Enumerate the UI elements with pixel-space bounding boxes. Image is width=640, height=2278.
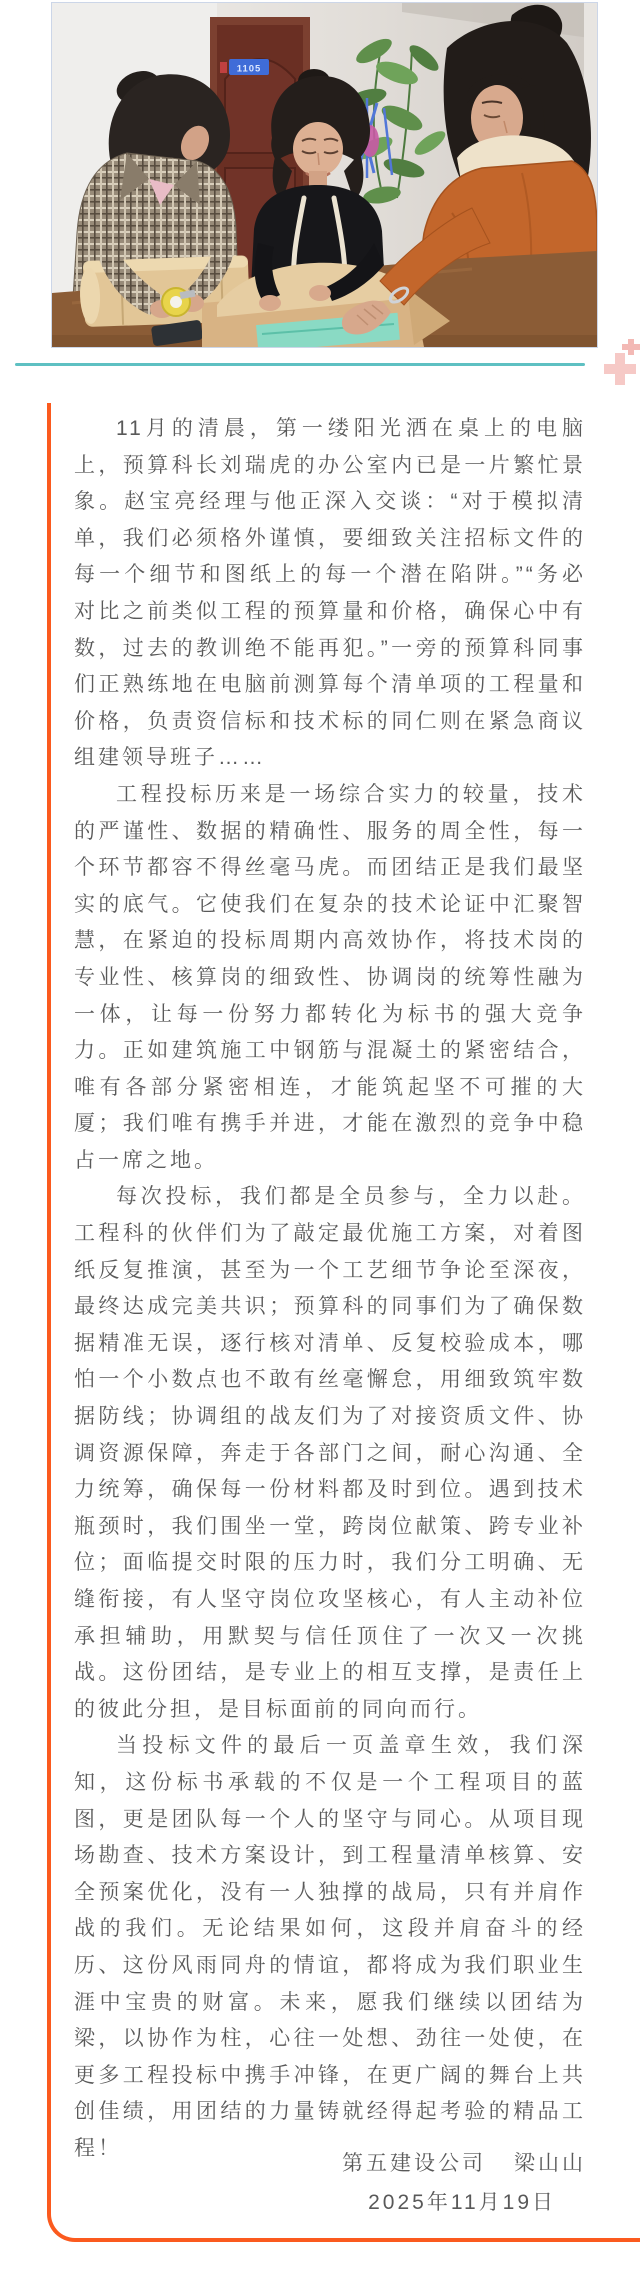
plus-icon-small [622,339,640,355]
office-photo-illustration: 1105 [52,3,597,347]
article-body: 11月的清晨，第一缕阳光洒在桌上的电脑上，预算科长刘瑞虎的办公室内已是一片繁忙景… [74,411,586,2168]
plus-icon-large [604,353,636,385]
office-photo: 1105 [51,2,598,348]
paragraph-1: 11月的清晨，第一缕阳光洒在桌上的电脑上，预算科长刘瑞虎的办公室内已是一片繁忙景… [74,411,586,777]
paragraph-3: 每次投标，我们都是全员参与，全力以赴。工程科的伙伴们为了敲定最优施工方案，对着图… [74,1179,586,1728]
signature-author: 梁山山 [514,2152,586,2175]
article-page: 1105 [0,0,640,2278]
signature-line: 第五建设公司梁山山 [74,2144,586,2183]
signature-company: 第五建设公司 [342,2152,486,2175]
paragraph-2: 工程投标历来是一场综合实力的较量，技术的严谨性、数据的精确性、服务的周全性，每一… [74,777,586,1180]
signature-date: 2025年11月19日 [74,2183,586,2222]
signature-block: 第五建设公司梁山山 2025年11月19日 [74,2144,586,2222]
door-sign-text: 1105 [237,64,262,75]
plus-decoration [600,339,640,391]
paragraph-4: 当投标文件的最后一页盖章生效，我们深知，这份标书承载的不仅是一个工程项目的蓝图，… [74,1728,586,2167]
section-divider [15,363,585,366]
